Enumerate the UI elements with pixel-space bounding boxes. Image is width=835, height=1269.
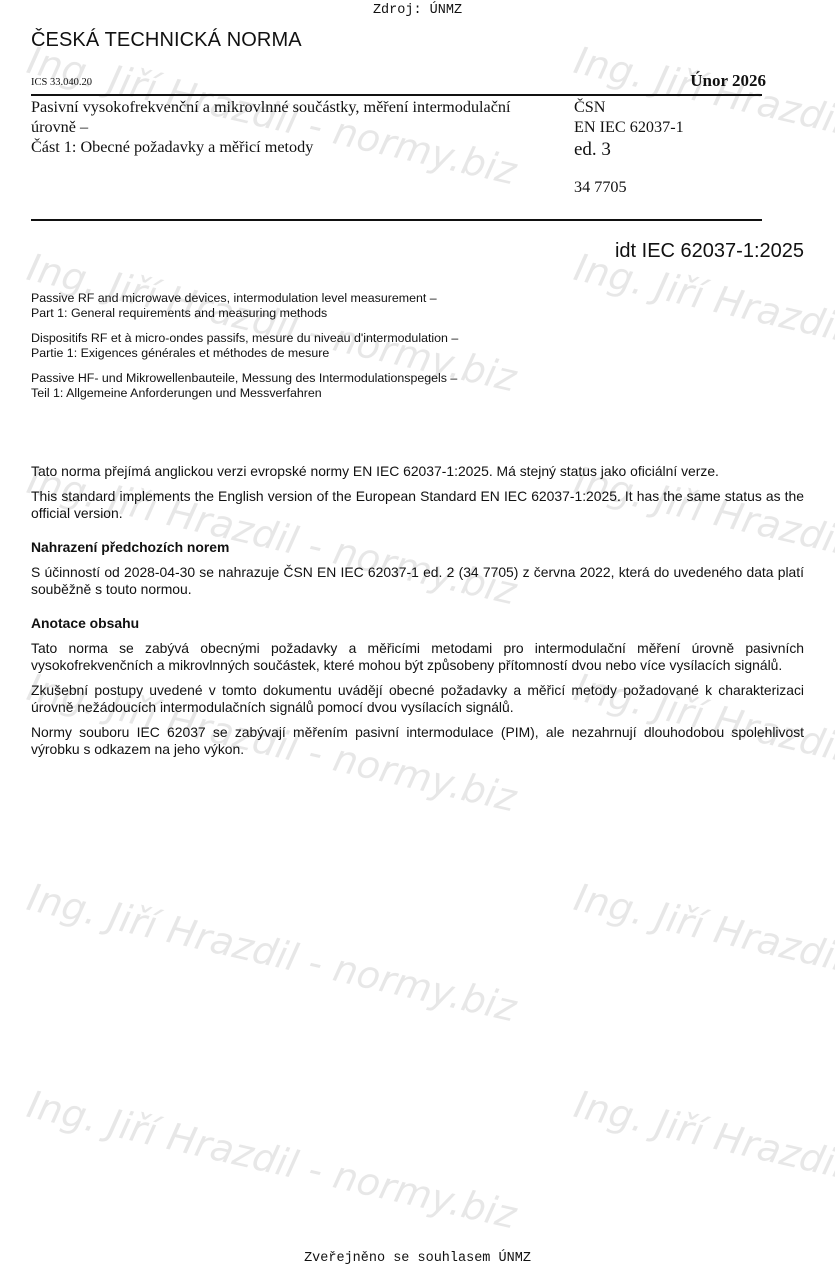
adoption-note-en: This standard implements the English ver… [31, 488, 804, 522]
english-title: Passive RF and microwave devices, interm… [31, 291, 458, 321]
identical-standard: idt IEC 62037-1:2025 [560, 240, 804, 263]
replacement-heading: Nahrazení předchozích norem [31, 539, 804, 556]
bottom-divider [31, 219, 762, 221]
title-line: Dispositifs RF et à micro-ondes passifs,… [31, 331, 458, 346]
czech-title: Pasivní vysokofrekvenční a mikrovlnné so… [31, 97, 571, 157]
document-body: Tato norma přejímá anglickou verzi evrop… [31, 463, 804, 766]
adoption-note-cz: Tato norma přejímá anglickou verzi evrop… [31, 463, 804, 480]
title-line: Passive RF and microwave devices, interm… [31, 291, 458, 306]
title-line: Teil 1: Allgemeine Anforderungen und Mes… [31, 386, 458, 401]
annotation-heading: Anotace obsahu [31, 615, 804, 632]
watermark: Ing. Jiří Hrazdil - normy.biz [23, 1082, 520, 1237]
title-line: Partie 1: Exigences générales et méthode… [31, 346, 458, 361]
source-label: Zdroj: ÚNMZ [0, 3, 835, 18]
publication-date: Únor 2026 [560, 71, 766, 91]
title-line: Passive HF- und Mikrowellenbauteile, Mes… [31, 371, 458, 386]
foreign-titles: Passive RF and microwave devices, interm… [31, 291, 458, 411]
ics-code: ICS 33.040.20 [31, 77, 92, 88]
annotation-paragraph: Tato norma se zabývá obecnými požadavky … [31, 640, 804, 674]
watermark: Ing. Jiří Hrazdil - normy.biz [570, 245, 835, 400]
watermark: Ing. Jiří Hrazdil - normy.biz [570, 875, 835, 1030]
czech-title-line: úrovně – [31, 117, 571, 137]
watermark: Ing. Jiří Hrazdil - normy.biz [23, 875, 520, 1030]
french-title: Dispositifs RF et à micro-ondes passifs,… [31, 331, 458, 361]
czech-title-line: Část 1: Obecné požadavky a měřicí metody [31, 137, 571, 157]
replacement-text: S účinností od 2028-04-30 se nahrazuje Č… [31, 564, 804, 598]
csn-label: ČSN [574, 97, 684, 117]
german-title: Passive HF- und Mikrowellenbauteile, Mes… [31, 371, 458, 401]
title-line: Part 1: General requirements and measuri… [31, 306, 458, 321]
annotation-paragraph: Zkušební postupy uvedené v tomto dokumen… [31, 682, 804, 716]
annotation-paragraph: Normy souboru IEC 62037 se zabývají měře… [31, 724, 804, 758]
standard-designation: ČSN EN IEC 62037-1 ed. 3 34 7705 [574, 97, 684, 197]
top-divider [31, 94, 762, 96]
document-type-title: ČESKÁ TECHNICKÁ NORMA [31, 29, 302, 52]
czech-title-line: Pasivní vysokofrekvenční a mikrovlnné so… [31, 97, 571, 117]
footer-note: Zveřejněno se souhlasem ÚNMZ [0, 1251, 835, 1266]
edition: ed. 3 [574, 137, 684, 163]
class-number: 34 7705 [574, 177, 684, 197]
watermark: Ing. Jiří Hrazdil - normy.biz [570, 1082, 835, 1237]
standard-number: EN IEC 62037-1 [574, 117, 684, 137]
